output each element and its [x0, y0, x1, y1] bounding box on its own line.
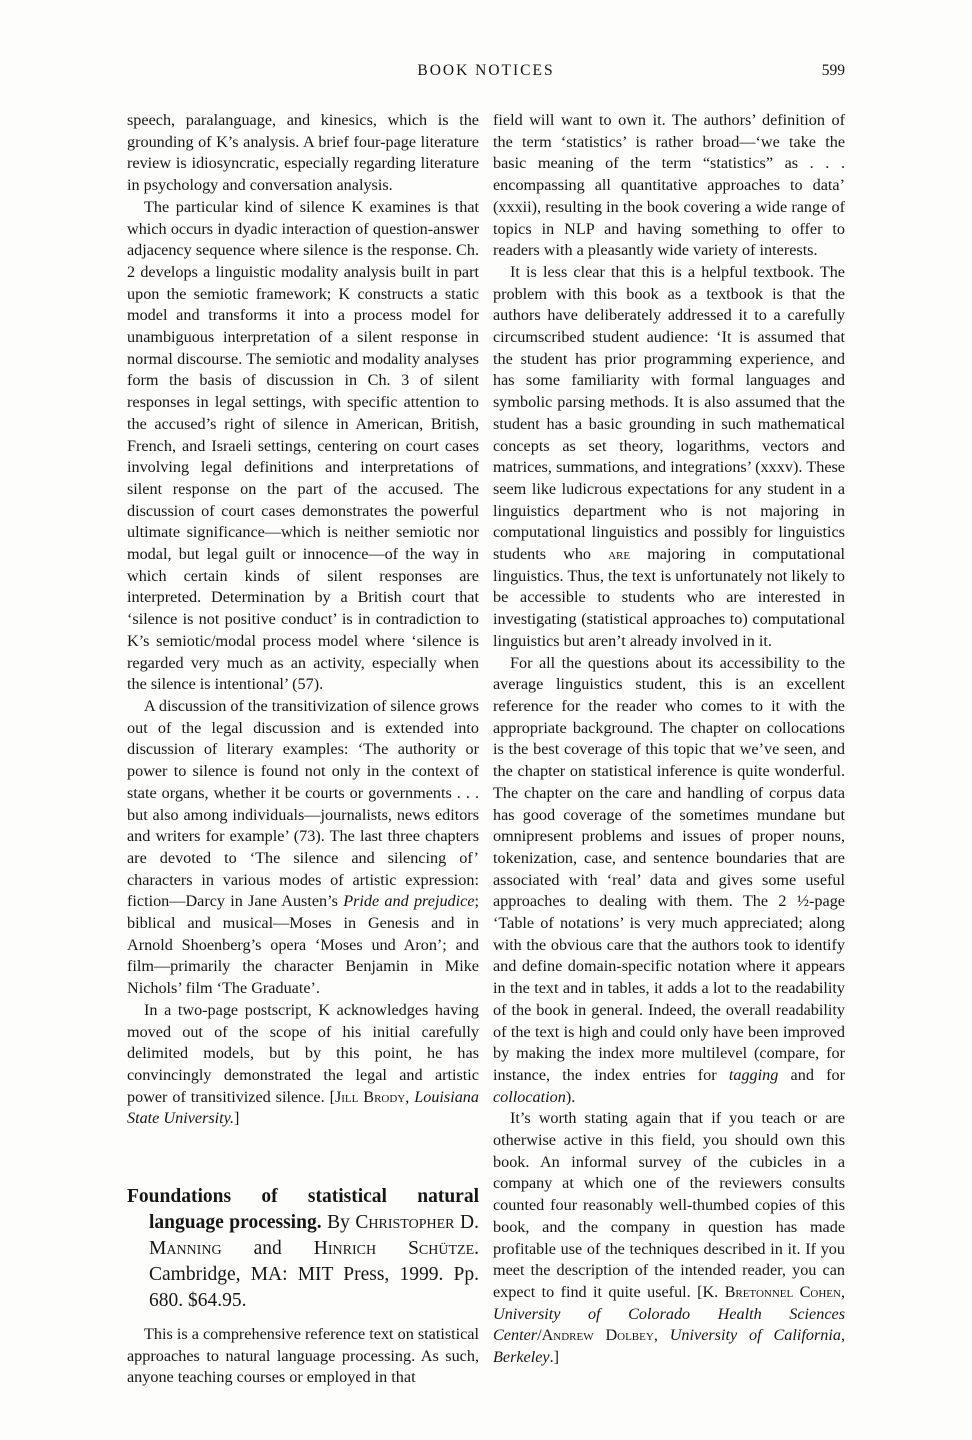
book-citation-heading: Foundations of statistical natural langu… — [127, 1184, 479, 1314]
body-paragraph: speech, paralanguage, and kinesics, whic… — [127, 110, 479, 197]
italic-text: tagging — [729, 1066, 778, 1084]
text-run: .] — [550, 1348, 559, 1366]
left-column: speech, paralanguage, and kinesics, whic… — [127, 110, 479, 1389]
text-run: ). — [566, 1088, 575, 1106]
text-run: , — [654, 1326, 670, 1344]
italic-text: Pride and prejudice — [343, 892, 474, 910]
text-run: A discussion of the transitivization of … — [127, 697, 479, 910]
smallcaps-name: are — [608, 545, 630, 563]
text-run: and — [222, 1238, 314, 1259]
two-column-text: speech, paralanguage, and kinesics, whic… — [127, 110, 845, 1389]
text-run: , — [405, 1088, 414, 1106]
running-head: BOOK NOTICES 599 — [127, 62, 845, 84]
text-run: ] — [234, 1109, 239, 1127]
italic-text: collocation — [493, 1088, 566, 1106]
smallcaps-name: Hinrich Schütze — [314, 1238, 474, 1259]
body-paragraph: It’s worth stating again that if you tea… — [493, 1108, 845, 1368]
text-run: speech, paralanguage, and kinesics, whic… — [127, 111, 479, 194]
smallcaps-name: Jill Brody — [335, 1088, 405, 1106]
smallcaps-name: Andrew Dolbey — [542, 1326, 654, 1344]
body-paragraph: For all the questions about its accessib… — [493, 653, 845, 1109]
text-run: field will want to own it. The authors’ … — [493, 111, 845, 259]
body-paragraph: It is less clear that this is a helpful … — [493, 262, 845, 653]
page-number: 599 — [822, 62, 845, 80]
body-paragraph: In a two-page postscript, K acknowledges… — [127, 1000, 479, 1130]
text-run: It is less clear that this is a helpful … — [493, 263, 845, 563]
journal-page: BOOK NOTICES 599 speech, paralanguage, a… — [0, 0, 972, 1440]
text-run: The particular kind of silence K examine… — [127, 198, 479, 693]
text-run: For all the questions about its accessib… — [493, 654, 845, 1084]
body-paragraph: field will want to own it. The authors’ … — [493, 110, 845, 262]
running-head-title: BOOK NOTICES — [127, 62, 845, 80]
text-run: , — [841, 1283, 845, 1301]
body-paragraph: This is a comprehensive reference text o… — [127, 1324, 479, 1389]
text-run: and for — [778, 1066, 845, 1084]
right-column: field will want to own it. The authors’ … — [493, 110, 845, 1389]
body-paragraph: A discussion of the transitivization of … — [127, 696, 479, 1000]
text-run: By — [322, 1212, 356, 1233]
smallcaps-name: Bretonnel Cohen — [725, 1283, 841, 1301]
text-run: It’s worth stating again that if you tea… — [493, 1109, 845, 1301]
text-run: This is a comprehensive reference text o… — [127, 1325, 479, 1386]
body-paragraph: The particular kind of silence K examine… — [127, 197, 479, 696]
